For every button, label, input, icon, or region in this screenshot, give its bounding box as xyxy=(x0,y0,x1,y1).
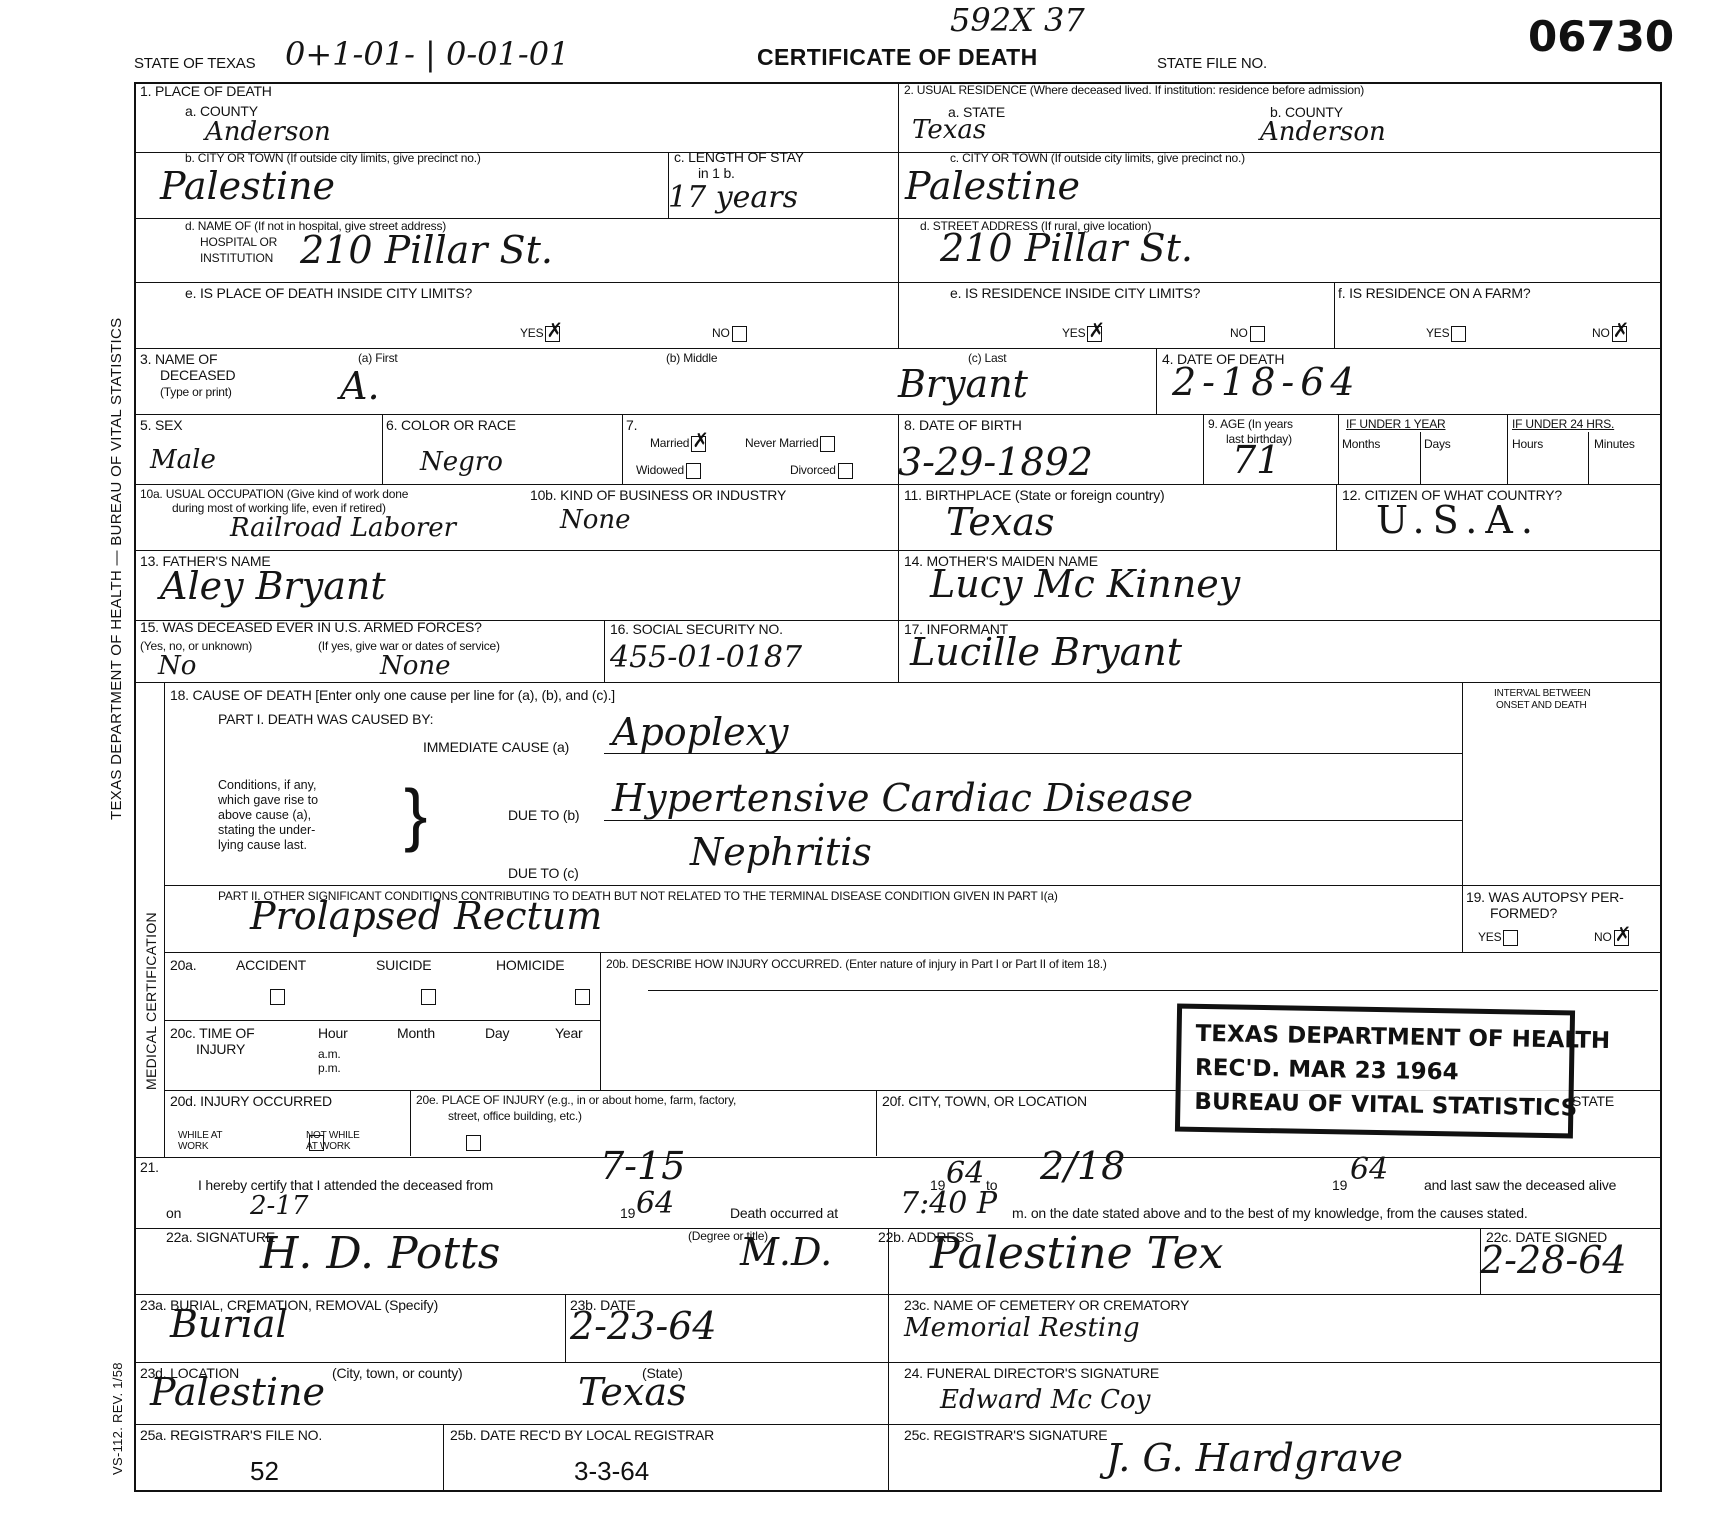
death-occurred-label: Death occurred at xyxy=(730,1206,838,1221)
farm-no[interactable]: NO xyxy=(1592,326,1627,342)
armed-forces-label: 15. WAS DECEASED EVER IN U.S. ARMED FORC… xyxy=(140,620,482,635)
under-24-label: IF UNDER 24 HRS. xyxy=(1512,418,1614,431)
part2-value[interactable]: Prolapsed Rectum xyxy=(250,900,602,932)
accident-label: ACCIDENT xyxy=(236,958,306,973)
year-prefix: 19 xyxy=(1332,1177,1347,1193)
checkbox[interactable] xyxy=(1503,930,1518,946)
checkbox-checked[interactable] xyxy=(1612,326,1627,342)
suicide-label: SUICIDE xyxy=(376,958,431,973)
autopsy-label: 19. WAS AUTOPSY PER- xyxy=(1466,890,1624,905)
injury-label: INJURY xyxy=(196,1042,245,1057)
suicide-checkbox[interactable] xyxy=(421,989,436,1005)
registrar-signature-label: 25c. REGISTRAR'S SIGNATURE xyxy=(904,1428,1107,1443)
checkbox-checked[interactable] xyxy=(1087,326,1102,342)
stay-value[interactable]: 17 years xyxy=(668,182,798,214)
physician-signature[interactable]: H. D. Potts xyxy=(260,1238,500,1270)
physician-signature-label: 22a. SIGNATURE xyxy=(166,1230,275,1245)
institution-label: INSTITUTION xyxy=(200,252,273,265)
dob-label: 8. DATE OF BIRTH xyxy=(904,418,1022,433)
months-label: Months xyxy=(1342,438,1380,451)
farm-yes[interactable]: YES xyxy=(1426,326,1466,342)
farm-label: f. IS RESIDENCE ON A FARM? xyxy=(1338,286,1530,301)
interval-label-2: ONSET AND DEATH xyxy=(1496,700,1587,711)
citizen-value[interactable]: U.S.A. xyxy=(1376,504,1541,536)
residence-limits-yes[interactable]: YES xyxy=(1062,326,1102,342)
middle-name-label: (b) Middle xyxy=(666,352,717,365)
part1-label: PART I. DEATH WAS CAUSED BY: xyxy=(218,712,433,727)
yes-label: YES xyxy=(1426,326,1449,340)
business-value[interactable]: None xyxy=(560,504,631,536)
yes-label: YES xyxy=(520,326,543,340)
informant-value[interactable]: Lucille Bryant xyxy=(910,636,1182,668)
residence-label: 2. USUAL RESIDENCE (Where deceased lived… xyxy=(904,84,1364,97)
year-label: Year xyxy=(555,1026,583,1041)
note-line: above cause (a), xyxy=(218,808,318,823)
sex-value[interactable]: Male xyxy=(150,444,216,476)
death-inside-limits-no[interactable]: NO xyxy=(712,326,747,342)
marital-status-label: 7. xyxy=(626,418,637,433)
disposition-value[interactable]: Burial xyxy=(170,1308,288,1340)
days-label: Days xyxy=(1424,438,1451,451)
autopsy-no[interactable]: NO xyxy=(1594,930,1629,946)
checkbox[interactable] xyxy=(1451,326,1466,342)
residence-county-value[interactable]: Anderson xyxy=(1260,116,1386,148)
no-label: NO xyxy=(1230,326,1248,340)
attended-to-value[interactable]: 2/18 xyxy=(1040,1150,1125,1182)
injury-num-label: 20a. xyxy=(170,958,196,973)
bracket-icon: } xyxy=(404,774,427,854)
residence-limits-label: e. IS RESIDENCE INSIDE CITY LIMITS? xyxy=(950,286,1200,301)
father-name-value[interactable]: Aley Bryant xyxy=(160,570,386,602)
ssn-value[interactable]: 455-01-0187 xyxy=(610,642,802,674)
location-city-value[interactable]: Palestine xyxy=(150,1376,325,1408)
hospital-label-2: HOSPITAL OR xyxy=(200,236,277,249)
yes-label: YES xyxy=(1062,326,1085,340)
divorced-option[interactable]: Divorced xyxy=(790,463,853,479)
occupation-label: 10a. USUAL OCCUPATION (Give kind of work… xyxy=(140,488,408,501)
mother-name-value[interactable]: Lucy Mc Kinney xyxy=(930,568,1240,600)
birthplace-value[interactable]: Texas xyxy=(946,506,1054,538)
business-label: 10b. KIND OF BUSINESS OR INDUSTRY xyxy=(530,488,786,503)
burial-date-value[interactable]: 2-23-64 xyxy=(570,1310,717,1342)
form-number-label: VS-112. REV. 1/58 xyxy=(110,1362,125,1475)
location-city-label: (City, town, or county) xyxy=(332,1366,463,1381)
yes-label: YES xyxy=(1478,930,1501,944)
cause-label: 18. CAUSE OF DEATH [Enter only one cause… xyxy=(170,688,615,703)
sex-label: 5. SEX xyxy=(140,418,182,433)
homicide-label: HOMICIDE xyxy=(496,958,564,973)
checkbox-checked[interactable] xyxy=(545,326,560,342)
residence-city-value[interactable]: Palestine xyxy=(905,170,1080,202)
day-label: Day xyxy=(485,1026,509,1041)
cemetery-value[interactable]: Memorial Resting xyxy=(904,1312,1140,1344)
never-married-label: Never Married xyxy=(745,436,818,450)
date-signed-value[interactable]: 2-28-64 xyxy=(1480,1244,1627,1276)
month-label: Month xyxy=(397,1026,435,1041)
age-value[interactable]: 71 xyxy=(1232,444,1280,476)
hospital-value[interactable]: 210 Pillar St. xyxy=(300,234,553,266)
injury-city-label: 20f. CITY, TOWN, OR LOCATION xyxy=(882,1094,1087,1109)
due-to-b-value[interactable]: Hypertensive Cardiac Disease xyxy=(612,782,1193,814)
checkbox[interactable] xyxy=(1250,326,1265,342)
registrar-file-label: 25a. REGISTRAR'S FILE NO. xyxy=(140,1428,322,1443)
place-of-injury-sublabel: street, office building, etc.) xyxy=(448,1110,582,1123)
attended-from-value[interactable]: 7-15 xyxy=(600,1150,685,1182)
due-to-c-label: DUE TO (c) xyxy=(508,866,579,881)
on-year-label: 19 xyxy=(620,1206,635,1221)
due-to-b-label: DUE TO (b) xyxy=(508,808,579,823)
department-side-label: TEXAS DEPARTMENT OF HEALTH — BUREAU OF V… xyxy=(108,318,125,820)
local-registrar-date-label: 25b. DATE REC'D BY LOCAL REGISTRAR xyxy=(450,1428,714,1443)
death-time-value[interactable]: 7:40 P xyxy=(900,1188,997,1220)
hour-label: Hour xyxy=(318,1026,348,1041)
date-of-death-value[interactable]: 2-18-64 xyxy=(1172,366,1361,398)
state-label: STATE OF TEXAS xyxy=(134,56,255,71)
first-name-value[interactable]: A. xyxy=(340,370,380,402)
injury-occurred-label: 20d. INJURY OCCURRED xyxy=(170,1094,332,1109)
stay-sub-label: in 1 b. xyxy=(698,166,735,181)
immediate-cause-value[interactable]: Apoplexy xyxy=(612,716,789,748)
note-line: Conditions, if any, xyxy=(218,778,318,793)
local-registrar-date-value[interactable]: 3-3-64 xyxy=(574,1456,649,1487)
on-label: on xyxy=(166,1206,181,1221)
certify-text-2: m. on the date stated above and to the b… xyxy=(1012,1206,1528,1221)
stay-label: c. LENGTH OF STAY xyxy=(674,150,804,165)
injury-state-label: STATE xyxy=(1572,1094,1614,1109)
residence-state-value[interactable]: Texas xyxy=(912,114,986,146)
autopsy-yes[interactable]: YES xyxy=(1478,930,1518,946)
state-file-number: 06730 xyxy=(1528,12,1674,61)
widowed-label: Widowed xyxy=(636,463,684,477)
ssn-label: 16. SOCIAL SECURITY NO. xyxy=(610,622,783,637)
death-county-value[interactable]: Anderson xyxy=(205,116,331,148)
time-of-injury-label: 20c. TIME OF xyxy=(170,1026,254,1041)
received-stamp: TEXAS DEPARTMENT OF HEALTH REC'D. MAR 23… xyxy=(1175,1004,1575,1139)
note-line: stating the under- xyxy=(218,823,318,838)
certification-num: 21. xyxy=(140,1160,159,1175)
checkbox-checked[interactable] xyxy=(691,436,706,452)
last-saw-date-value[interactable]: 2-17 xyxy=(250,1190,308,1222)
pm-label: p.m. xyxy=(318,1062,341,1075)
state-file-label: STATE FILE NO. xyxy=(1157,56,1267,71)
place-of-death-label: 1. PLACE OF DEATH xyxy=(140,84,272,99)
no-label: NO xyxy=(1592,326,1610,340)
am-label: a.m. xyxy=(318,1048,341,1061)
funeral-director-signature[interactable]: Edward Mc Coy xyxy=(940,1384,1150,1416)
divorced-label: Divorced xyxy=(790,463,836,477)
to-year-label: 19 xyxy=(1332,1178,1347,1193)
handwritten-code: 0+1-01- | 0-01-01 xyxy=(285,38,569,70)
not-while-at-work-label: NOT WHILE AT WORK xyxy=(306,1130,368,1152)
dob-value[interactable]: 3-29-1892 xyxy=(898,446,1093,478)
residence-limits-no[interactable]: NO xyxy=(1230,326,1265,342)
service-dates-value[interactable]: None xyxy=(380,650,451,682)
widowed-option[interactable]: Widowed xyxy=(636,463,701,479)
note-line: which gave rise to xyxy=(218,793,318,808)
conditions-note: Conditions, if any, which gave rise to a… xyxy=(218,778,318,853)
page-title: CERTIFICATE OF DEATH xyxy=(757,44,1038,71)
type-or-print-label: (Type or print) xyxy=(160,386,232,399)
name-label: 3. NAME OF xyxy=(140,352,217,367)
homicide-checkbox[interactable] xyxy=(575,989,590,1005)
checkbox[interactable] xyxy=(686,463,701,479)
married-label: Married xyxy=(650,436,689,450)
death-city-value[interactable]: Palestine xyxy=(160,170,335,202)
checkbox-checked[interactable] xyxy=(1614,930,1629,946)
autopsy-label-2: FORMED? xyxy=(1490,906,1557,921)
checkbox[interactable] xyxy=(838,463,853,479)
certify-text: I hereby certify that I attended the dec… xyxy=(198,1178,493,1193)
deceased-label: DECEASED xyxy=(160,368,235,383)
street-value[interactable]: 210 Pillar St. xyxy=(940,232,1193,264)
minutes-label: Minutes xyxy=(1594,438,1635,451)
injury-section: 20a. ACCIDENT SUICIDE HOMICIDE 20b. DESC… xyxy=(0,0,1718,18)
degree-value[interactable]: M.D. xyxy=(740,1236,832,1268)
race-label: 6. COLOR OR RACE xyxy=(386,418,516,433)
note-line: lying cause last. xyxy=(218,838,318,853)
armed-forces-value[interactable]: No xyxy=(158,650,196,682)
registrar-signature[interactable]: J. G. Hardgrave xyxy=(1106,1442,1403,1474)
occupation-value[interactable]: Railroad Laborer xyxy=(230,512,456,544)
married-option[interactable]: Married xyxy=(650,436,706,452)
hours-label: Hours xyxy=(1512,438,1543,451)
describe-injury-label: 20b. DESCRIBE HOW INJURY OCCURRED. (Ente… xyxy=(606,958,1107,971)
race-value[interactable]: Negro xyxy=(420,446,503,478)
stamp-line-3: BUREAU OF VITAL STATISTICS xyxy=(1194,1085,1555,1125)
interval-label: INTERVAL BETWEEN xyxy=(1494,688,1591,699)
on-year-value[interactable]: 64 xyxy=(636,1188,674,1220)
age-label: 9. AGE (In years xyxy=(1208,418,1293,431)
last-name-value[interactable]: Bryant xyxy=(898,368,1028,400)
year-prefix: 19 xyxy=(620,1205,635,1221)
registrar-file-value[interactable]: 52 xyxy=(250,1456,279,1487)
checkbox[interactable] xyxy=(732,326,747,342)
place-of-injury-label: 20e. PLACE OF INJURY (e.g., in or about … xyxy=(416,1094,736,1107)
last-saw-text: and last saw the deceased alive xyxy=(1424,1178,1616,1193)
funeral-director-label: 24. FUNERAL DIRECTOR'S SIGNATURE xyxy=(904,1366,1159,1381)
no-label: NO xyxy=(712,326,730,340)
never-married-option[interactable]: Never Married xyxy=(745,436,835,452)
inside-limits-label: e. IS PLACE OF DEATH INSIDE CITY LIMITS? xyxy=(185,286,472,301)
immediate-cause-label: IMMEDIATE CAUSE (a) xyxy=(423,740,569,755)
while-at-work-label: WHILE AT WORK xyxy=(178,1130,232,1152)
not-while-at-work-checkbox[interactable] xyxy=(466,1135,481,1151)
due-to-c-value[interactable]: Nephritis xyxy=(690,836,872,868)
no-label: NO xyxy=(1594,930,1612,944)
cemetery-label: 23c. NAME OF CEMETERY OR CREMATORY xyxy=(904,1298,1189,1313)
location-state-value[interactable]: Texas xyxy=(578,1376,686,1408)
handwritten-ref: 592X 37 xyxy=(950,4,1085,36)
checkbox[interactable] xyxy=(820,436,835,452)
death-inside-limits-yes[interactable]: YES xyxy=(520,326,560,342)
physician-address-value[interactable]: Palestine Tex xyxy=(930,1238,1223,1270)
under-year-label: IF UNDER 1 YEAR xyxy=(1346,418,1445,431)
accident-checkbox[interactable] xyxy=(270,989,285,1005)
to-year-value[interactable]: 64 xyxy=(1350,1154,1388,1186)
